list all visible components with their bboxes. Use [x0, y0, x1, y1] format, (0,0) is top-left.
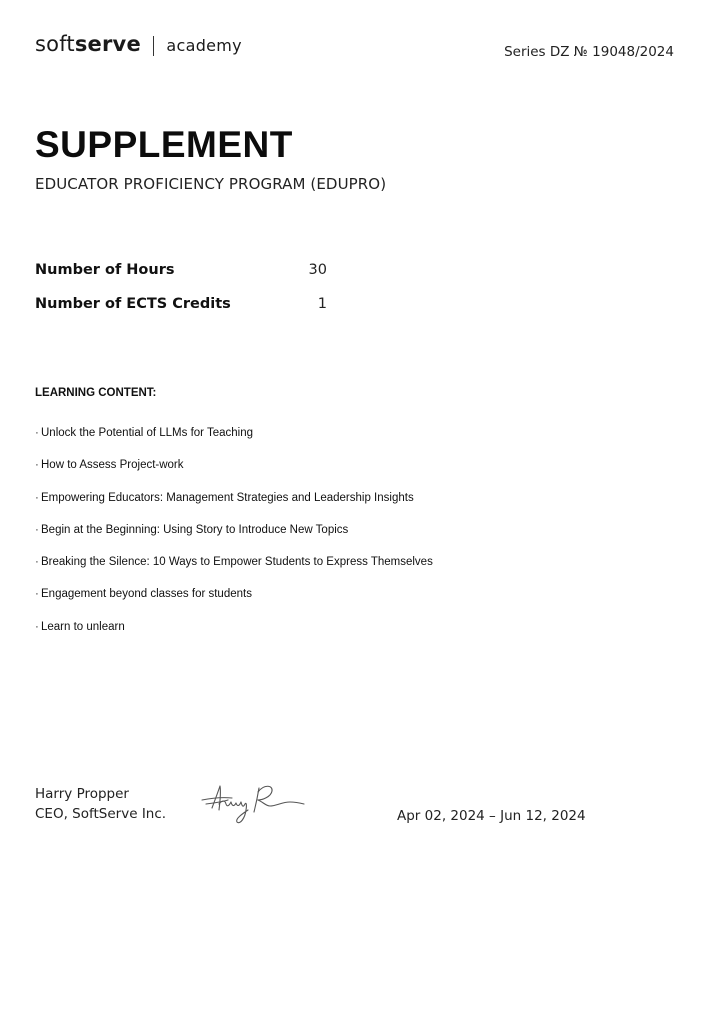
- logo-brand-bold: serve: [75, 32, 141, 56]
- list-item: ·How to Assess Project-work: [35, 458, 433, 490]
- signer-title: CEO, SoftServe Inc.: [35, 804, 166, 824]
- program-date-range: Apr 02, 2024 – Jun 12, 2024: [397, 808, 586, 824]
- list-item: ·Unlock the Potential of LLMs for Teachi…: [35, 426, 433, 458]
- document-title: SUPPLEMENT: [35, 124, 293, 166]
- logo-divider: [153, 36, 155, 56]
- list-item-text: Unlock the Potential of LLMs for Teachin…: [41, 427, 253, 439]
- program-name: EDUCATOR PROFICIENCY PROGRAM (EDUPRO): [35, 175, 386, 193]
- list-item: ·Begin at the Beginning: Using Story to …: [35, 523, 433, 555]
- hours-row: Number of Hours 30: [35, 262, 327, 278]
- hours-value: 30: [309, 262, 327, 278]
- list-item-text: How to Assess Project-work: [41, 459, 184, 471]
- ects-value: 1: [318, 296, 327, 312]
- logo-brand-light: soft: [35, 32, 75, 56]
- list-item-text: Begin at the Beginning: Using Story to I…: [41, 524, 348, 536]
- signature-icon: [198, 778, 308, 833]
- list-item-text: Breaking the Silence: 10 Ways to Empower…: [41, 556, 433, 568]
- signer-name: Harry Propper: [35, 784, 166, 804]
- list-item: ·Learn to unlearn: [35, 620, 433, 652]
- list-item: ·Breaking the Silence: 10 Ways to Empowe…: [35, 555, 433, 587]
- list-item-text: Learn to unlearn: [41, 621, 125, 633]
- logo-suffix: academy: [166, 36, 242, 55]
- softserve-academy-logo: softserve academy: [35, 32, 242, 56]
- ects-label: Number of ECTS Credits: [35, 296, 231, 312]
- list-item-text: Engagement beyond classes for students: [41, 588, 252, 600]
- list-item: ·Engagement beyond classes for students: [35, 587, 433, 619]
- ects-row: Number of ECTS Credits 1: [35, 296, 327, 312]
- list-item: ·Empowering Educators: Management Strate…: [35, 491, 433, 523]
- list-item-text: Empowering Educators: Management Strateg…: [41, 492, 414, 504]
- series-number: Series DZ № 19048/2024: [504, 44, 674, 60]
- learning-content-list: ·Unlock the Potential of LLMs for Teachi…: [35, 426, 433, 652]
- hours-label: Number of Hours: [35, 262, 175, 278]
- learning-content-heading: LEARNING CONTENT:: [35, 387, 156, 399]
- signer-block: Harry Propper CEO, SoftServe Inc.: [35, 784, 166, 824]
